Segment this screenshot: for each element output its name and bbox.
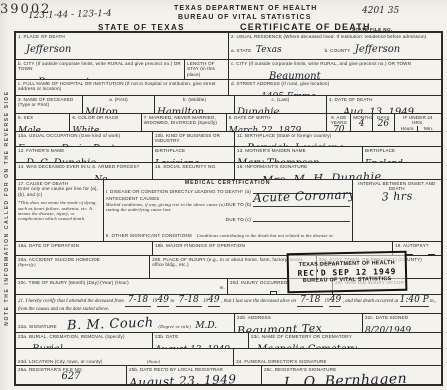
header-bureau: BUREAU OF VITAL STATISTICS (178, 14, 311, 21)
residence-county: b. COUNTY Jefferson (325, 39, 439, 57)
age-under-24h-label: IF UNDER 24 HRS. (397, 115, 439, 126)
certify-date-to-value: 7-18 (178, 295, 198, 305)
father-name-value: D. C. Dunahie (26, 158, 96, 162)
field-date-of-birth: 8. DATE OF BIRTH March 22, 1879 (226, 114, 327, 131)
field-burial-location: 23d. LOCATION (City, town, or county) (S… (16, 349, 233, 365)
age-hours-label: Hours (397, 126, 419, 131)
field-ssn: 15. SOCIAL SECURITY NO. (152, 163, 234, 179)
certify-year-alive: 49 (329, 296, 341, 307)
place-city-label: b. CITY (If outside corporate limits, wr… (18, 61, 182, 72)
field-middle-name: b. (Middle) Hamilton (154, 96, 234, 113)
cause-of-death-note: *This does not mean the mode of dying, s… (18, 200, 101, 222)
registrar-signature-value: L. O. Bernhagen (284, 375, 407, 384)
first-name-value: Milton (85, 107, 118, 113)
certify-text-2: to (170, 299, 174, 304)
field-physician-certification-statement: 21. I hereby certify that I attended the… (16, 295, 441, 313)
occupation-value: Foreman-Drain. Dept. (18, 144, 118, 146)
certify-time-of-death: 1:40 P (400, 296, 429, 307)
hospital-label: c. FULL NAME OF HOSPITAL OR INSTITUTION … (18, 81, 226, 92)
residence-state-value: Texas (256, 45, 282, 55)
birthplace-label: 11. BIRTHPLACE (State or foreign country… (237, 133, 439, 138)
field-burial-cremation-removal: 23a. BURIAL, CREMATION, REMOVAL (Specify… (16, 333, 152, 348)
field-last-name: c. (Last) Dunahie (234, 96, 326, 113)
field-street-address: d. STREET ADDRESS (If rural, give locati… (228, 80, 441, 95)
field-father-name: 12. FATHER'S NAME D. C. Dunahie (16, 147, 152, 162)
color-race-value: White (72, 126, 99, 131)
field-place-of-death: 1. PLACE OF DEATH Jefferson (16, 33, 228, 59)
disease-a-line: Acute Coronary Occlusion (253, 186, 351, 194)
certify-date-to: 7-18 (176, 296, 202, 307)
field-name-of-deceased: 3. NAME OF DECEASED (Type or Print) (16, 96, 82, 113)
due-to-c-label: DUE TO (c) (226, 217, 251, 222)
autopsy-no-checkbox (428, 254, 435, 255)
field-age-years: 9. AGE YEARS 70 (326, 114, 350, 131)
residence-county-label: b. COUNTY (325, 48, 351, 53)
time-of-injury-m-label: m. (18, 285, 225, 290)
date-signed-value: 8/20/1949 (365, 326, 411, 332)
residence-state: a. STATE Texas (231, 39, 325, 57)
father-name-label: 12. FATHER'S NAME (18, 148, 150, 153)
physician-address-value: Beaumont Tex (237, 324, 323, 332)
sex-label: 5. SEX (18, 115, 67, 120)
burial-location-state-label: (State) (147, 359, 160, 364)
field-physician-address: 22b. ADDRESS Beaumont Tex (234, 314, 362, 332)
date-received-value: August 23, 1949 (129, 376, 237, 384)
certify-alive-on-value: 7-18 (300, 295, 320, 305)
date-of-death-value: Aug. 13, 1949 (343, 107, 414, 113)
cemetery-value: Magnolia Cemetery (257, 344, 357, 348)
field-place-city: b. CITY (If outside corporate limits, wr… (16, 60, 184, 79)
field-occupation: 10a. USUAL OCCUPATION (Give kind of work… (16, 132, 152, 146)
name-sublabel: (Type or Print) (18, 102, 80, 107)
place-city-value: Beaumont (38, 77, 90, 79)
occupation-label: 10a. USUAL OCCUPATION (Give kind of work… (18, 133, 150, 138)
mother-birthplace-value: England (365, 159, 403, 162)
other-significant-conditions-label: II. OTHER SIGNIFICANT CONDITIONS (106, 233, 192, 238)
field-accident-suicide-homicide: 20a. ACCIDENT SUICIDE HOMICIDE (Specify) (16, 256, 149, 278)
informant-signature-label: 16. INFORMANT'S SIGNATURE (237, 164, 439, 169)
antecedent-causes-note: Morbid conditions, if any, giving rise t… (106, 202, 226, 213)
field-date-of-operation: 18a. DATE OF OPERATION (16, 242, 152, 255)
certify-year-to: 49 (208, 296, 220, 307)
date-signed-label: 22c. DATE SIGNED (365, 315, 439, 320)
field-father-birthplace: BIRTHPLACE Louisiana (152, 147, 234, 162)
physician-signature-label: 22a. SIGNATURE (18, 324, 57, 329)
certify-date-from-value: 7-18 (128, 295, 148, 305)
field-physician-signature: 22a. SIGNATURE B. M. Couch (Degree or ti… (16, 314, 234, 332)
residence-county-value: Jefferson (355, 44, 400, 55)
industry-label: 10b. KIND OF BUSINESS OR INDUSTRY (155, 133, 232, 144)
middle-name-label: b. (Middle) (157, 97, 232, 102)
accident-specify-label: (Specify) (18, 262, 147, 267)
margin-reverse-side-note: NOTE THE INFORMATION CALLED FOR ON THE R… (4, 54, 10, 362)
place-of-death-county-value: Jefferson (26, 44, 71, 55)
certify-text-4: alive on (280, 299, 296, 304)
date-of-death-label: 4. DATE OF DEATH (329, 97, 439, 102)
length-of-stay-label: LENGTH OF STAY (in this place) (187, 61, 226, 77)
field-birthplace: 11. BIRTHPLACE (State or foreign country… (234, 132, 441, 146)
armed-forces-label: 14. WAS DECEASED EVER IN U.S. ARMED FORC… (18, 164, 150, 169)
field-funeral-director-signature: 24. FUNERAL DIRECTOR'S SIGNATURE Dale Br… (233, 349, 441, 365)
field-mother-name: 13. MOTHER'S MAIDEN NAME Mary Thompson (234, 147, 362, 162)
residence-city-label: c. CITY (If outside corporate limits, wr… (231, 61, 439, 66)
date-of-operation-label: 18a. DATE OF OPERATION (18, 243, 150, 248)
degree-or-title-label: (Degree or title) (158, 324, 190, 329)
field-armed-forces: 14. WAS DECEASED EVER IN U.S. ARMED FORC… (16, 163, 152, 179)
residence-state-label: a. STATE (231, 48, 251, 53)
degree-or-title-value: M.D. (195, 321, 217, 331)
field-cause-of-death-caption: 17. CAUSE OF DEATH Enter only one cause … (16, 180, 103, 241)
scanned-death-certificate: 123.1-44 - 123-1-4 TEXAS DEPARTMENT OF H… (0, 0, 447, 390)
while-at-work-checkbox (270, 291, 277, 294)
field-hospital: c. FULL NAME OF HOSPITAL OR INSTITUTION … (16, 80, 228, 95)
field-age-days: DAYS 26 (372, 114, 394, 131)
field-date-received: 25b. DATE REC'D BY LOCAL REGISTRAR Augus… (126, 366, 261, 384)
age-min-label: Min. (418, 126, 439, 131)
burial-value: Burial (32, 344, 63, 348)
field-burial-date: 23b. DATE August 13, 1949 (152, 333, 248, 348)
disease-a-label: (a) (245, 189, 251, 194)
physician-address-label: 22b. ADDRESS (237, 315, 360, 320)
certify-text-7: from the causes and on the date stated a… (18, 307, 109, 312)
field-marital-status: 7. MARRIED, NEVER MARRIED, WIDOWED, DIVO… (141, 114, 226, 131)
interval-value: 3 hrs (354, 190, 439, 202)
disease-condition-label: I. DISEASE OR CONDITION DIRECTLY LEADING… (106, 189, 243, 194)
informant-signature-value: Mrs. M. H. Dunahie (262, 172, 382, 179)
ssn-label: 15. SOCIAL SECURITY NO. (155, 164, 232, 169)
armed-forces-value: No (94, 175, 107, 179)
birthplace-value: Berwick, Louisiana (247, 143, 344, 146)
street-address-label: d. STREET ADDRESS (If rural, give locati… (231, 81, 439, 86)
middle-name-value: Hamilton (157, 107, 204, 113)
burial-date-value: August 13, 1949 (155, 345, 230, 348)
mother-name-value: Mary Thompson (237, 158, 319, 162)
field-industry: 10b. KIND OF BUSINESS OR INDUSTRY (152, 132, 234, 146)
stamp-line-3: BUREAU OF VITAL STATISTICS (289, 275, 405, 284)
certify-year-to-value: 49 (208, 295, 219, 305)
burial-label: 23a. BURIAL, CREMATION, REMOVAL (Specify… (18, 334, 150, 339)
armed-forces-sublabel: (If yes, give war or dates of service) (18, 178, 90, 179)
mother-name-label: 13. MOTHER'S MAIDEN NAME (237, 148, 360, 153)
age-years-value: 70 (329, 126, 348, 131)
field-medical-certification: MEDICAL CERTIFICATION I. DISEASE OR COND… (103, 180, 352, 241)
residence-city-value: Beaumont (269, 71, 321, 79)
sex-value: Male (18, 126, 41, 131)
age-months-value: 4 (353, 120, 370, 129)
certify-year-from-value: 49 (157, 295, 168, 305)
certificate-form: 1. PLACE OF DEATH Jefferson 2. USUAL RES… (14, 31, 443, 386)
father-birthplace-value: Louisiana (155, 159, 199, 162)
field-date-signed: 22c. DATE SIGNED 8/20/1949 (362, 314, 441, 332)
field-residence-city: c. CITY (If outside corporate limits, wr… (228, 60, 441, 79)
funeral-director-label: 24. FUNERAL DIRECTOR'S SIGNATURE (236, 359, 327, 364)
age-days-value: 26 (375, 120, 392, 129)
field-date-of-death: 4. DATE OF DEATH Aug. 13, 1949 (326, 96, 441, 113)
certify-time-of-death-value: 1:40 P (400, 295, 429, 305)
field-mother-birthplace: BIRTHPLACE England (362, 147, 441, 162)
received-stamp: TEXAS DEPARTMENT OF HEALTH REC'D SEP 12 … (287, 251, 408, 294)
last-name-label: c. (Last) (237, 97, 324, 102)
registrar-file-no-value: 627 (18, 372, 124, 381)
field-time-of-injury: 20c. TIME OF INJURY (Month) (Day) (Year)… (16, 279, 227, 294)
field-cemetery: 23c. NAME OF CEMETERY OR CREMATORY Magno… (248, 333, 441, 348)
field-informant-signature: 16. INFORMANT'S SIGNATURE Mrs. M. H. Dun… (234, 163, 441, 179)
certify-year-alive-value: 49 (330, 295, 341, 305)
handwritten-index-code: 123.1-44 - 123-1-4 (28, 9, 112, 21)
certify-alive-on: 7-18 (297, 296, 323, 307)
field-sex: 5. SEX Male (16, 114, 69, 131)
certify-date-from: 7-18 (125, 296, 151, 307)
cemetery-label: 23c. NAME OF CEMETERY OR CREMATORY (251, 334, 439, 339)
major-findings-label: 18b. MAJOR FINDINGS OF OPERATION (155, 243, 390, 248)
certify-year-from: 49 (157, 296, 169, 307)
due-to-c-line (253, 214, 349, 222)
field-interval-onset-death: INTERVAL BETWEEN ONSET AND DEATH 3 hrs (352, 180, 441, 241)
burial-date-label: 23b. DATE (155, 334, 246, 339)
last-name-value: Dunahie (237, 107, 279, 113)
field-age-months: MONTHS 4 (350, 114, 372, 131)
burial-location-label: 23d. LOCATION (City, town, or county) (18, 359, 103, 364)
father-birthplace-label: BIRTHPLACE (155, 148, 232, 153)
certify-text-3: , that I last saw the deceased (221, 299, 279, 304)
date-of-birth-label: 8. DATE OF BIRTH (229, 115, 325, 120)
field-usual-residence: 2. USUAL RESIDENCE (Where deceased lived… (228, 33, 441, 59)
field-first-name: a. (First) Milton (82, 96, 154, 113)
autopsy-yes-checkbox (406, 254, 413, 255)
cause-of-death-sublabel: Enter only one cause per line for (a), (… (18, 186, 101, 197)
certify-text-5: , and that death occurred at (343, 299, 399, 304)
mother-birthplace-label: BIRTHPLACE (365, 148, 439, 153)
color-race-label: 6. COLOR OR RACE (72, 115, 138, 120)
field-length-of-stay: LENGTH OF STAY (in this place) 79 years (184, 60, 228, 79)
street-address-value: 1495 Emma (261, 92, 316, 95)
cause-a-value: Acute Coronary Occlusion (253, 188, 352, 203)
physician-signature-value: B. M. Couch (67, 318, 154, 330)
first-name-label: a. (First) (85, 97, 152, 102)
place-of-death-label: 1. PLACE OF DEATH (18, 34, 226, 39)
handwritten-code-right: 4201 35 (362, 6, 399, 16)
antecedent-causes: ANTECEDENT CAUSES Morbid conditions, if … (106, 196, 226, 222)
date-received-label: 25b. DATE REC'D BY LOCAL REGISTRAR (129, 367, 259, 372)
header-department: TEXAS DEPARTMENT OF HEALTH (174, 5, 317, 12)
field-color-race: 6. COLOR OR RACE White (69, 114, 140, 131)
marital-label: 7. MARRIED, NEVER MARRIED, WIDOWED, DIVO… (144, 115, 224, 126)
registrar-signature-label: 25c. REGISTRAR'S SIGNATURE (264, 367, 439, 372)
date-of-birth-value: March 22, 1879 (229, 126, 302, 131)
field-registrar-file-no: 25a. REGISTRAR'S FILE NO. 627 (16, 366, 126, 384)
field-registrar-signature: 25c. REGISTRAR'S SIGNATURE L. O. Bernhag… (261, 366, 441, 384)
due-to-b-label: DUE TO (b) (226, 202, 252, 207)
certify-text-1: 21. I hereby certify that I attended the… (18, 299, 124, 304)
certify-text-6: m., (430, 299, 436, 304)
field-age-under-24h: IF UNDER 24 HRS. Hours Min. (394, 114, 441, 131)
